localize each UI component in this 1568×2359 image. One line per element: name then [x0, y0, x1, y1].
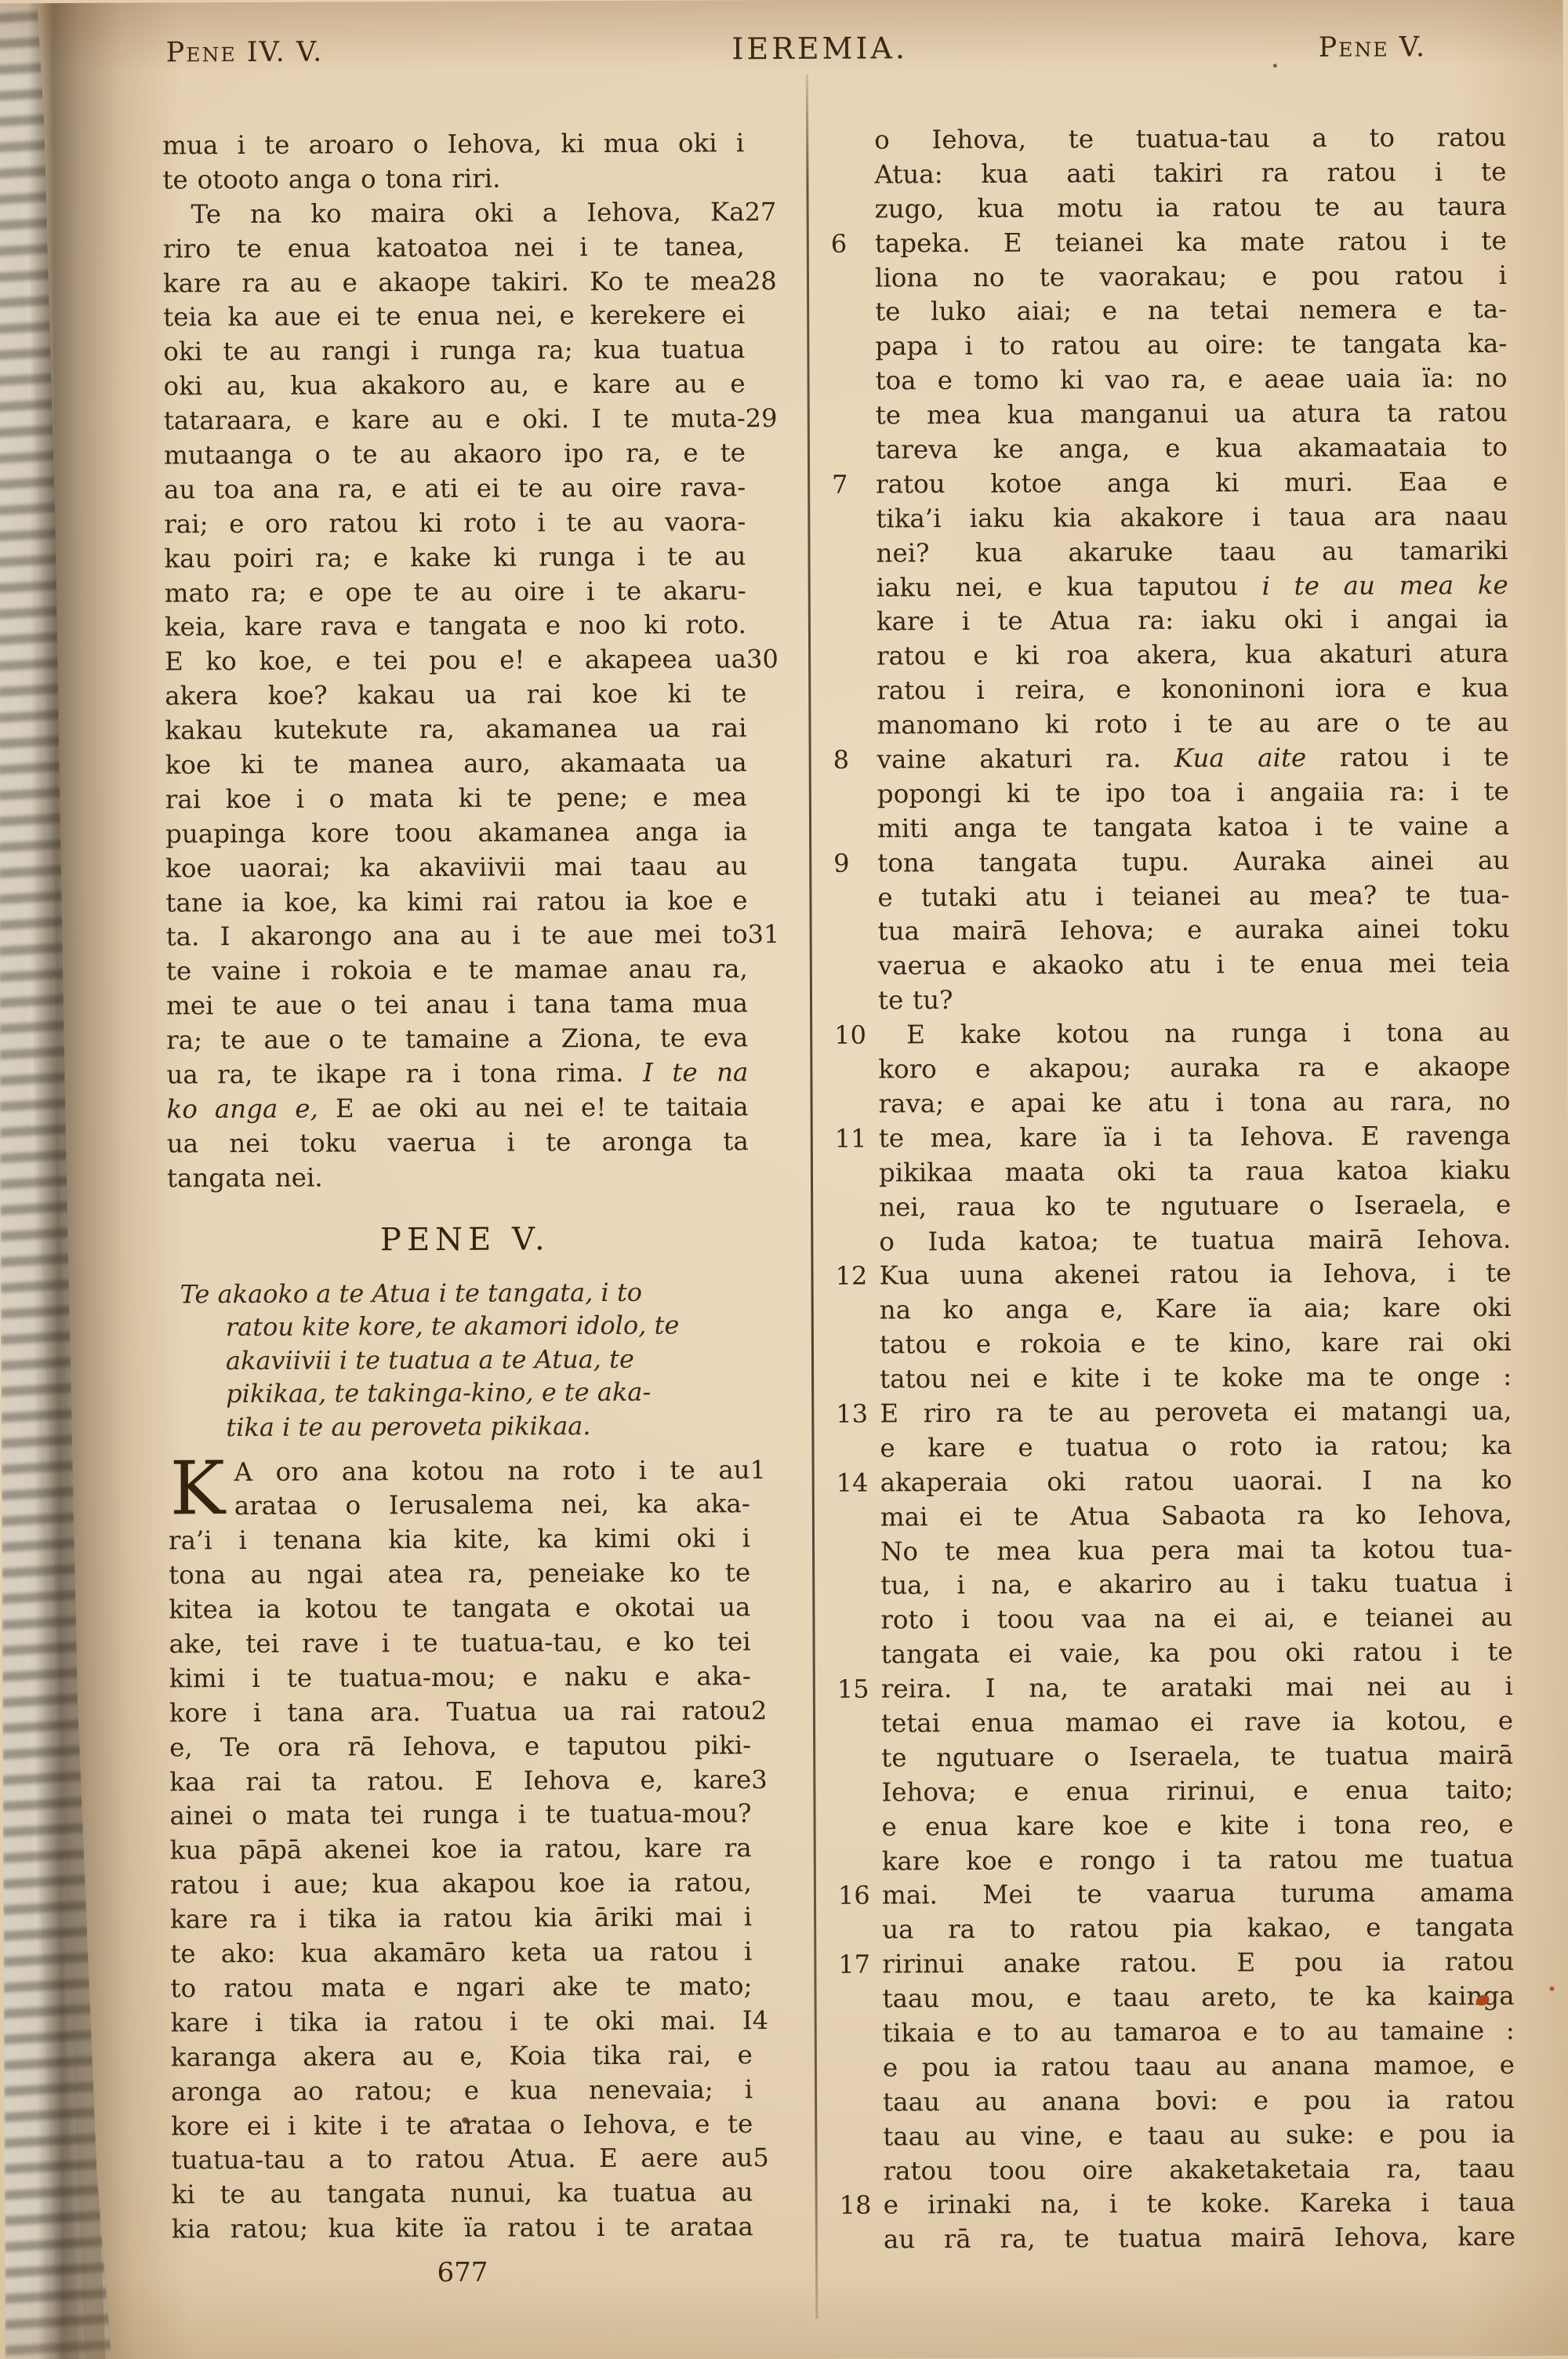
text-segment: Iehova; e enua ririnui, e enua taito;: [881, 1775, 1513, 1808]
chapter-summary-block: Te akaoko a te Atua i te tangata, i tora…: [168, 1275, 796, 1456]
italic-phrase: I te na: [643, 1057, 749, 1088]
verse-number: 10: [834, 1019, 873, 1053]
right-column: o Iehova, te tuatua-tau a to ratouAtua: …: [829, 121, 1515, 2258]
text-line: Iehova; e enua ririnui, e enua taito;: [836, 1773, 1513, 1811]
intro-line: tika i te au peroveta pikikaa.: [168, 1408, 795, 1445]
text-segment: te mea, kare ïa i ta Iehova. E ravenga: [879, 1121, 1511, 1154]
text-line: koro e akapou; auraka ra e akaope: [833, 1050, 1510, 1088]
text-line: 18e irinaki na, i te koke. Kareka i taua: [838, 2186, 1515, 2223]
verse-number: 18: [840, 2189, 879, 2223]
text-segment: tuatua-tau a to ratou Atua. E aere au: [171, 2143, 753, 2175]
right-column-text-block: o Iehova, te tuatua-tau a to ratouAtua: …: [829, 121, 1515, 2258]
text-line: puapinga kore toou akamanea anga ia: [165, 815, 793, 852]
text-segment: vaine akaturi ra.: [877, 743, 1174, 775]
text-segment: au rā ra, te tuatua mairā Iehova, kare: [884, 2222, 1515, 2255]
text-line: 29tataraara, e kare au e oki. I te muta-: [164, 402, 791, 438]
text-segment: ki te au tangata nunui, ka tuatua au: [172, 2177, 753, 2209]
text-line: 10E kake kotou na runga i tona au: [833, 1016, 1510, 1053]
text-segment: popongi ki te ipo toa i angaiia ra: i te: [877, 776, 1509, 809]
text-line: ua ra to ratou pia kakao, e tangata: [837, 1910, 1514, 1948]
text-segment: arataa o Ierusalema nei, ka aka-: [234, 1489, 750, 1521]
text-segment: mua i te aroaro o Iehova, ki mua oki i: [162, 128, 744, 160]
text-segment: tona tangata tupu. Auraka ainei au: [877, 845, 1509, 878]
text-line: to ratou mata e ngari ake te mato;: [170, 1969, 797, 2006]
text-line: tua mairā Iehova; e auraka ainei toku: [833, 912, 1510, 950]
red-ink-speck: [1549, 1986, 1554, 1991]
text-line: oki au, kua akakoro au, e kare au e: [163, 367, 790, 404]
text-segment: kare koe e rongo i ta ratou me tuatua: [882, 1843, 1514, 1876]
text-segment: zugo, kua motu ia ratou te au taura: [875, 191, 1507, 224]
text-segment: ainei o mata tei runga i te tuatua-mou?: [169, 1799, 751, 1831]
text-line: kimi i te tuatua-mou; e naku e aka-: [169, 1659, 797, 1696]
text-line: ake, tei rave i te tuatua-tau, e ko tei: [169, 1625, 796, 1662]
ink-speck: [1273, 64, 1277, 67]
chapter5-text-block: K 1A oro ana kotou na roto i te auarataa…: [169, 1453, 799, 2248]
text-line: taau au anana bovi: e pou ia ratou: [837, 2083, 1515, 2121]
text-line: mato ra; e ope te au oire i te akaru-: [165, 574, 792, 611]
text-line: mei te aue o tei anau i tana tama mua: [166, 987, 793, 1023]
text-segment: ratou kotoe anga ki muri. Eaa e: [876, 467, 1508, 500]
text-segment: E ko koe, e tei pou e! e akapeea ua: [165, 645, 746, 677]
text-segment: pikikaa maata oki ta raua katoa kiaku: [879, 1155, 1511, 1188]
text-segment: tapeka. E teianei ka mate ratou i te: [875, 226, 1507, 259]
text-line: te tu?: [833, 981, 1510, 1019]
text-line: 12Kua uuna akenei ratou ia Iehova, i te: [833, 1256, 1511, 1294]
text-line: te ngutuare o Iseraela, te tuatua mairā: [836, 1739, 1513, 1776]
text-segment: papa i to ratou au oire: te tangata ka-: [875, 329, 1507, 362]
text-line: 13E riro ra te au peroveta ei matangi ua…: [834, 1394, 1512, 1432]
text-line: keia, kare rava e tangata e noo ki roto.: [165, 608, 792, 645]
text-line: 6tapeka. E teianei ka mate ratou i te: [829, 224, 1507, 262]
text-line: 8vaine akaturi ra. Kua aite ratou i te: [832, 740, 1509, 778]
text-segment: to ratou mata e ngari ake te mato;: [170, 1971, 752, 2003]
text-segment: aronga ao ratou; e kua nenevaia; i: [171, 2074, 753, 2106]
text-segment: rai; e oro ratou ki roto i te au vaora-: [164, 507, 746, 539]
text-segment: tataraara, e kare au e oki. I te muta-: [164, 403, 746, 435]
text-segment: nei? kua akaruke taau au tamariki: [876, 536, 1508, 569]
text-segment: manomano ki roto i te au are o te au: [877, 707, 1508, 740]
running-head-right: Pene V.: [1319, 31, 1427, 64]
text-line: o Iuda katoa; te tuatua mairā Iehova.: [833, 1222, 1511, 1259]
text-segment: ratou i reira, e kononinoni iora e kua: [877, 673, 1508, 706]
text-segment: tika’i iaku kia akakore i taua ara naau: [876, 501, 1508, 534]
text-segment: e, Te ora rā Iehova, e taputou piki-: [169, 1730, 751, 1762]
text-line: kare i te Atua ra: iaku oki i angai ia: [831, 602, 1508, 640]
text-line: kia ratou; kua kite ïa ratou i te arataa: [172, 2210, 799, 2247]
text-line: pikikaa maata oki ta raua katoa kiaku: [833, 1154, 1511, 1191]
text-line: e pou ia ratou taau au anana mamoe, e: [837, 2048, 1515, 2086]
text-line: 27Te na ko maira oki a Iehova, Ka: [163, 195, 790, 232]
text-line: 1A oro ana kotou na roto i te au: [169, 1453, 796, 1490]
text-line: rai koe i o mata ki te pene; e mea: [165, 780, 793, 817]
text-line: vaerua e akaoko atu i te enua mei teia: [833, 947, 1510, 984]
text-segment: Atua: kua aati takiri ra ratou i te: [874, 157, 1506, 190]
verse-number: 28: [745, 264, 786, 299]
text-line: koe uaorai; ka akaviivii mai taau au: [165, 849, 793, 886]
text-segment: ririnui anake ratou. E pou ia ratou: [882, 1946, 1514, 1979]
text-line: iaku nei, e kua taputou i te au mea ke: [831, 569, 1508, 606]
text-segment: ratou i aue; kua akapou koe ia ratou,: [170, 1867, 752, 1899]
text-segment: E ae oki au nei e! te taitaia: [318, 1092, 749, 1123]
verse-number: 4: [753, 2004, 793, 2038]
text-segment: koe uaorai; ka akaviivii mai taau au: [165, 851, 747, 883]
text-line: mutaanga o te au akaoro ipo ra, e te: [164, 436, 791, 473]
text-line: riro te enua katoatoa nei i te tanea,: [163, 230, 790, 267]
text-segment: roto i toou vaa na ei ai, e teianei au: [880, 1602, 1512, 1635]
text-segment: tetai enua mamao ei rave ia kotou, e: [881, 1706, 1513, 1739]
text-line: rava; e apai ke atu i tona au rara, no: [833, 1085, 1510, 1122]
text-segment: liona no te vaorakau; e pou ratou i: [875, 260, 1507, 293]
text-segment: tatou nei e kite i te koke ma te onge :: [880, 1361, 1512, 1394]
text-line: 28kare ra au e akaope takiri. Ko te mea: [163, 264, 790, 301]
text-line: 31ta. I akarongo ana au i te aue mei to: [166, 918, 793, 954]
text-line: e tutaki atu i teianei au mea? te tua-: [832, 878, 1509, 916]
text-line: te otooto anga o tona riri.: [162, 161, 789, 198]
text-segment: ratou e ki roa akera, kua akaturi atura: [877, 638, 1508, 671]
text-segment: taau au vine, e taau au suke: e pou ia: [883, 2119, 1515, 2152]
text-line: papa i to ratou au oire: te tangata ka-: [829, 327, 1507, 365]
text-segment: au toa ana ra, e ati ei te au oire rava-: [164, 472, 746, 504]
text-line: kare ra i tika ia ratou kia āriki mai i: [170, 1900, 797, 1937]
text-line: e enua kare koe e kite i tona reo, e: [837, 1808, 1514, 1845]
intro-line: akaviivii i te tuatua a te Atua, te: [168, 1342, 795, 1378]
verse-number: 17: [838, 1948, 877, 1983]
book-scan-page: { "header": { "left": "Pene IV. V.", "ce…: [0, 0, 1568, 2359]
text-segment: te otooto anga o tona riri.: [162, 163, 500, 194]
text-line: taau au vine, e taau au suke: e pou ia: [837, 2117, 1515, 2155]
text-segment: mai. Mei te vaarua turuma amama: [882, 1877, 1514, 1910]
text-segment: e enua kare koe e kite i tona reo, e: [882, 1809, 1514, 1842]
text-line: karanga akera au e, Koia tika rai, e: [171, 2038, 798, 2075]
text-line: kare koe e rongo i ta ratou me tuatua: [837, 1841, 1514, 1879]
text-segment: kakau kutekute ra, akamanea ua rai: [165, 713, 746, 745]
text-segment: Te na ko maira oki a Iehova, Ka: [191, 197, 745, 229]
verse-number: 31: [748, 918, 789, 952]
text-segment: te tu?: [878, 985, 953, 1015]
text-segment: koe ki te manea auro, akamaata ua: [165, 747, 747, 780]
text-line: ko anga e, E ae oki au nei e! te taitaia: [167, 1090, 794, 1127]
text-line: nei? kua akaruke taau au tamariki: [830, 534, 1508, 572]
text-segment: koro e akapou; auraka ra e akaope: [878, 1052, 1510, 1085]
text-segment: oki au, kua akakoro au, e kare au e: [163, 369, 745, 401]
column-divider-rule: [806, 75, 818, 2319]
text-line: ra; te aue o te tamaine a Ziona, te eva: [166, 1021, 793, 1058]
text-line: 3kaa rai ta ratou. E Iehova e, kare: [169, 1763, 797, 1800]
text-segment: kare ra au e akaope takiri. Ko te mea: [163, 266, 745, 298]
verse-number: 1: [750, 1453, 791, 1488]
text-segment: ra; te aue o te tamaine a Ziona, te eva: [166, 1023, 748, 1055]
text-segment: taau mou, e taau areto, te ka kainga: [882, 1981, 1514, 2014]
text-segment: riro te enua katoatoa nei i te tanea,: [163, 231, 745, 264]
text-line: teia ka aue ei te enua nei, e kerekere e…: [163, 298, 790, 335]
text-line: nei, raua ko te ngutuare o Iseraela, e: [833, 1188, 1511, 1226]
text-segment: ta. I akarongo ana au i te aue mei to: [166, 920, 748, 952]
text-line: tangata nei.: [167, 1159, 794, 1196]
page-sheet: Pene IV. V. IEREMIA. Pene V. mua i te ar…: [0, 0, 1568, 2359]
text-segment: kua pāpā akenei koe ia ratou, kare ra: [170, 1834, 752, 1866]
text-line: liona no te vaorakau; e pou ratou i: [829, 259, 1507, 296]
intro-line: Te akaoko a te Atua i te tangata, i to: [168, 1275, 795, 1311]
text-line: o Iehova, te tuatua-tau a to ratou: [829, 121, 1506, 158]
text-line: tareva ke anga, e kua akamaataia to: [830, 431, 1508, 468]
text-segment: tangata ei vaie, ka pou oki ratou i te: [881, 1637, 1513, 1670]
text-line: kitea ia kotou te tangata e okotai ua: [169, 1590, 796, 1627]
text-line: tane ia koe, ka kimi rai ratou ia koe e: [165, 884, 793, 921]
text-line: rai; e oro ratou ki roto i te au vaora-: [164, 505, 791, 542]
intro-line: pikikaa, te takinga-kino, e te aka-: [168, 1375, 795, 1411]
text-line: 5tuatua-tau a to ratou Atua. E aere au: [171, 2141, 798, 2178]
text-segment: akera koe? kakau ua rai koe ki te: [165, 678, 746, 711]
text-segment: o Iehova, te tuatua-tau a to ratou: [874, 122, 1506, 155]
text-segment: toa e tomo ki vao ra, e aeae uaia ïa: no: [875, 363, 1507, 396]
text-line: 7ratou kotoe anga ki muri. Eaa e: [830, 465, 1508, 503]
text-segment: mei te aue o tei anau i tana tama mua: [166, 988, 748, 1020]
text-segment: E riro ra te au peroveta ei matangi ua,: [880, 1396, 1512, 1429]
chapter4-text-block: mua i te aroaro o Iehova, ki mua oki ite…: [162, 126, 794, 1196]
verse-number: 11: [835, 1121, 874, 1156]
text-segment: rai koe i o mata ki te pene; e mea: [165, 782, 747, 814]
text-segment: kitea ia kotou te tangata e okotai ua: [169, 1592, 750, 1624]
text-line: ratou e ki roa akera, kua akaturi atura: [831, 637, 1508, 674]
text-line: te luko aiai; e na tetai nemera e ta-: [829, 293, 1507, 330]
text-segment: te mea kua manganui ua atura ta ratou: [876, 398, 1508, 431]
text-line: kua pāpā akenei koe ia ratou, kare ra: [170, 1831, 797, 1868]
text-segment: mutaanga o te au akaoro ipo ra, e te: [164, 438, 746, 470]
text-line: roto i toou vaa na ei ai, e teianei au: [835, 1601, 1512, 1638]
verse-number: 2: [751, 1694, 792, 1728]
verse-number: 5: [753, 2141, 793, 2175]
text-segment: No te mea kua pera mai ta kotou tua-: [880, 1533, 1512, 1566]
chapter5-lines: 1A oro ana kotou na roto i te auarataa o…: [169, 1453, 799, 2248]
text-line: toa e tomo ki vao ra, e aeae uaia ïa: no: [829, 362, 1507, 399]
text-line: arataa o Ierusalema nei, ka aka-: [169, 1487, 796, 1524]
text-segment: o Iuda katoa; te tuatua mairā Iehova.: [879, 1223, 1511, 1256]
text-segment: ratou i te: [1306, 742, 1509, 772]
text-line: 9tona tangata tupu. Auraka ainei au: [832, 844, 1509, 881]
text-segment: kore ei i kite i te arataa o Iehova, e t…: [171, 2109, 753, 2141]
text-segment: ua ra, te ikape ra i tona rima.: [166, 1058, 643, 1090]
text-segment: iaku nei, e kua taputou: [877, 571, 1262, 602]
text-segment: kare ra i tika ia ratou kia āriki mai i: [170, 1902, 752, 1934]
text-segment: te vaine i rokoia e te mamae anau ra,: [166, 954, 748, 987]
text-segment: reira. I na, te arataki mai nei au i: [881, 1671, 1513, 1704]
verse-number: 9: [833, 846, 873, 881]
text-segment: karanga akera au e, Koia tika rai, e: [171, 2040, 753, 2072]
text-line: ratou toou oire akaketaketaia ra, taau: [837, 2151, 1515, 2189]
text-line: aronga ao ratou; e kua nenevaia; i: [171, 2073, 798, 2110]
text-segment: nei, raua ko te ngutuare o Iseraela, e: [879, 1190, 1511, 1223]
text-segment: Kua uuna akenei ratou ia Iehova, i te: [879, 1258, 1511, 1291]
text-segment: akaperaia oki ratou uaorai. I na ko: [880, 1465, 1512, 1498]
text-line: na ko anga e, Kare ïa aia; kare oki: [834, 1291, 1512, 1329]
text-segment: rava; e apai ke atu i tona au rara, no: [878, 1086, 1510, 1119]
text-line: oki te au rangi i runga ra; kua tuatua: [163, 333, 790, 369]
facing-page-edge: [0, 3, 131, 2359]
text-segment: keia, kare rava e tangata e noo ki roto.: [165, 610, 746, 642]
text-segment: te luko aiai; e na tetai nemera e ta-: [875, 294, 1507, 327]
text-segment: ra’i i tenana kia kite, ka kimi oki i: [169, 1524, 750, 1556]
text-segment: tatou e rokoia e te kino, kare rai oki: [880, 1327, 1512, 1360]
text-line: ainei o mata tei runga i te tuatua-mou?: [169, 1797, 797, 1834]
verse-number: 6: [831, 227, 870, 261]
text-line: mai ei te Atua Sabaota ra ko Iehova,: [835, 1498, 1512, 1536]
text-segment: kare i te Atua ra: iaku oki i angai ia: [877, 604, 1508, 637]
text-line: au toa ana ra, e ati ei te au oire rava-: [164, 471, 791, 507]
text-segment: taau au anana bovi: e pou ia ratou: [883, 2085, 1515, 2117]
verse-number: 8: [833, 743, 873, 778]
text-segment: e kare e tuatua o roto ia ratou; ka: [880, 1430, 1512, 1463]
text-segment: kore i tana ara. Tuatua ua rai ratou: [169, 1696, 751, 1728]
text-line: ratou i reira, e kononinoni iora e kua: [831, 671, 1508, 709]
text-segment: A oro ana kotou na roto i te au: [234, 1455, 750, 1487]
text-line: akera koe? kakau ua rai koe ki te: [165, 677, 792, 714]
text-segment: te ako: kua akamāro keta ua ratou i: [170, 1936, 752, 1968]
text-line: 2kore i tana ara. Tuatua ua rai ratou: [169, 1694, 797, 1731]
verse-number: 16: [838, 1879, 877, 1914]
text-segment: mato ra; e ope te au oire i te akaru-: [165, 576, 746, 608]
text-segment: puapinga kore toou akamanea anga ia: [165, 816, 747, 849]
text-segment: e irinaki na, i te koke. Kareka i taua: [884, 2187, 1515, 2220]
text-segment: te ngutuare o Iseraela, te tuatua mairā: [881, 1740, 1513, 1773]
text-segment: mai ei te Atua Sabaota ra ko Iehova,: [880, 1499, 1512, 1532]
text-segment: ua nei toku vaerua i te aronga ta: [167, 1126, 749, 1158]
text-line: popongi ki te ipo toa i angaiia ra: i te: [832, 775, 1509, 812]
verse-number: 15: [837, 1673, 877, 1707]
ink-speck: [462, 2117, 469, 2124]
text-line: tatou nei e kite i te koke ma te onge :: [834, 1360, 1512, 1398]
text-line: tangata ei vaie, ka pou oki ratou i te: [836, 1635, 1513, 1673]
text-segment: teia ka aue ei te enua nei, e kerekere e…: [163, 300, 745, 333]
text-line: ua ra, te ikape ra i tona rima. I te na: [166, 1056, 793, 1092]
text-segment: kimi i te tuatua-mou; e naku e aka-: [169, 1661, 751, 1693]
text-line: Atua: kua aati takiri ra ratou i te: [829, 155, 1506, 193]
text-line: 11te mea, kare ïa i ta Iehova. E ravenga: [833, 1119, 1511, 1157]
text-segment: kia ratou; kua kite ïa ratou i te arataa: [172, 2212, 753, 2244]
text-segment: tangata nei.: [167, 1162, 323, 1193]
text-line: zugo, kua motu ia ratou te au taura: [829, 190, 1507, 227]
text-segment: tua mairā Iehova; e auraka ainei toku: [878, 914, 1510, 947]
intro-line: ratou kite kore, te akamori idolo, te: [168, 1308, 795, 1344]
text-segment: oki te au rangi i runga ra; kua tuatua: [163, 335, 745, 367]
verse-number: 27: [745, 195, 786, 230]
verse-number: 30: [746, 642, 787, 677]
text-line: tua, i na, e akariro au i taku tuatua i: [835, 1566, 1512, 1604]
text-line: miti anga te tangata katoa i te vaine a: [832, 809, 1509, 847]
text-segment: ratou toou oire akaketaketaia ra, taau: [883, 2153, 1515, 2186]
text-line: manomano ki roto i te au are o te au: [831, 706, 1508, 743]
text-line: te ako: kua akamāro keta ua ratou i: [170, 1935, 797, 1972]
text-line: tikaia e to au tamaroa e to au tamaine :: [837, 2014, 1515, 2052]
verse-number: 29: [746, 402, 786, 436]
text-line: 17ririnui anake ratou. E pou ia ratou: [837, 1945, 1514, 1983]
verse-number: 13: [836, 1397, 875, 1431]
text-line: mua i te aroaro o Iehova, ki mua oki i: [162, 126, 789, 163]
text-segment: ake, tei rave i te tuatua-tau, e ko tei: [169, 1627, 750, 1659]
text-segment: kau poiri ra; e kake ki runga i te au: [164, 541, 746, 573]
text-line: 4kare i tika ia ratou i te oki mai. I: [171, 2004, 798, 2041]
text-line: tetai enua mamao ei rave ia kotou, e: [836, 1704, 1513, 1742]
text-line: ra’i i tenana kia kite, ka kimi oki i: [169, 1521, 796, 1558]
text-line: tona au ngai atea ra, peneiake ko te: [169, 1556, 796, 1593]
text-segment: vaerua e akaoko atu i te enua mei teia: [878, 948, 1510, 981]
text-line: No te mea kua pera mai ta kotou tua-: [835, 1532, 1512, 1569]
text-segment: e tutaki atu i teianei au mea? te tua-: [877, 880, 1509, 913]
text-segment: miti anga te tangata katoa i te vaine a: [877, 811, 1509, 844]
verse-number: 3: [751, 1763, 792, 1797]
text-segment: e pou ia ratou taau au anana mamoe, e: [883, 2050, 1515, 2083]
text-segment: kaa rai ta ratou. E Iehova e, kare: [169, 1765, 751, 1797]
page-number: 677: [172, 2255, 753, 2289]
text-line: 14akaperaia oki ratou uaorai. I na ko: [835, 1463, 1512, 1501]
text-line: e kare e tuatua o roto ia ratou; ka: [834, 1429, 1512, 1467]
text-segment: E kake kotou na runga i tona au: [906, 1017, 1510, 1049]
text-line: kau poiri ra; e kake ki runga i te au: [164, 540, 791, 576]
text-line: taau mou, e taau areto, te ka kainga: [837, 1979, 1514, 2017]
text-line: koe ki te manea auro, akamaata ua: [165, 746, 793, 783]
text-line: tatou e rokoia e te kino, kare rai oki: [834, 1325, 1512, 1363]
text-segment: tane ia koe, ka kimi rai ratou ia koe e: [165, 885, 747, 918]
text-line: 30E ko koe, e tei pou e! e akapeea ua: [165, 642, 792, 679]
verse-number: 12: [835, 1259, 874, 1294]
text-line: ua nei toku vaerua i te aronga ta: [167, 1125, 794, 1161]
text-line: kakau kutekute ra, akamanea ua rai: [165, 711, 792, 748]
text-line: ki te au tangata nunui, ka tuatua au: [172, 2175, 799, 2212]
text-segment: tikaia e to au tamaroa e to au tamaine :: [883, 2016, 1515, 2048]
text-line: tika’i iaku kia akakore i taua ara naau: [830, 500, 1508, 537]
text-segment: na ko anga e, Kare ïa aia; kare oki: [880, 1292, 1512, 1325]
chapter-heading: PENE V.: [167, 1194, 763, 1278]
text-segment: tareva ke anga, e kua akamaataia to: [876, 432, 1508, 465]
text-line: te vaine i rokoia e te mamae anau ra,: [166, 952, 793, 989]
text-line: 16mai. Mei te vaarua turuma amama: [837, 1876, 1514, 1914]
text-line: e, Te ora rā Iehova, e taputou piki-: [169, 1728, 797, 1765]
text-segment: tona au ngai atea ra, peneiake ko te: [169, 1558, 750, 1590]
text-segment: tua, i na, e akariro au i taku tuatua i: [880, 1568, 1512, 1601]
verse-number: 14: [837, 1466, 876, 1500]
text-line: kore ei i kite i te arataa o Iehova, e t…: [171, 2106, 798, 2143]
italic-phrase: ko anga e,: [167, 1094, 319, 1125]
verse-number: 7: [832, 467, 871, 502]
left-column: mua i te aroaro o Iehova, ki mua oki ite…: [162, 126, 799, 2290]
text-line: au rā ra, te tuatua mairā Iehova, kare: [838, 2220, 1515, 2258]
text-segment: kare i tika ia ratou i te oki mai. I: [171, 2005, 753, 2037]
text-line: ratou i aue; kua akapou koe ia ratou,: [170, 1866, 797, 1903]
italic-phrase: i te au mea ke: [1261, 570, 1508, 601]
italic-phrase: Kua aite: [1174, 743, 1307, 773]
text-segment: ua ra to ratou pia kakao, e tangata: [882, 1912, 1514, 1945]
text-line: 15reira. I na, te arataki mai nei au i: [836, 1670, 1513, 1707]
text-line: te mea kua manganui ua atura ta ratou: [830, 396, 1508, 434]
